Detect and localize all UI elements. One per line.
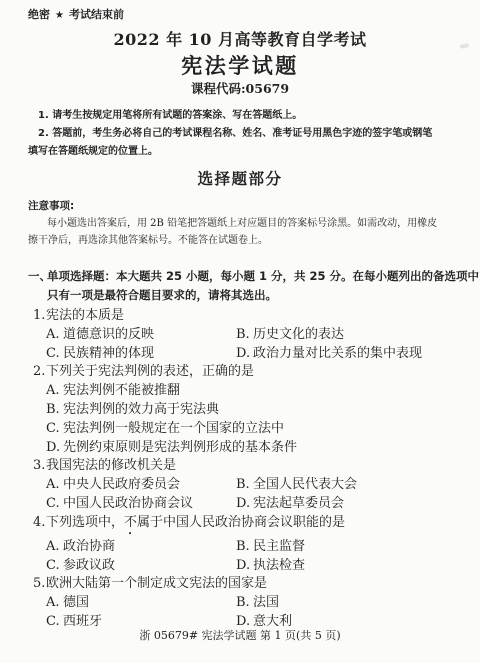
option-label: D. [236,345,253,364]
option-label: A. [46,326,63,345]
option-b: B.历史文化的表达 [236,326,480,345]
part1-heading-line1: 一、单项选择题：本大题共 25 小题，每小题 1 分，共 25 分。在每小题列出… [28,267,456,286]
notice-line-2: 擦干净后，再选涂其他答案标号。不能答在试题卷上。 [28,232,456,249]
option-text: 德国 [63,595,89,610]
option-a: A.宪法判例不能被推翻 [46,382,480,401]
options-grid: A.道德意识的反映 B.历史文化的表达 C.民族精神的体现 D.政治力量对比关系… [46,326,480,364]
question-text: 宪法的本质是 [46,308,124,323]
option-a: A.中央人民政府委员会 [46,476,236,495]
option-a: A.德国 [46,594,236,613]
option-d: D.执法检查 [236,557,480,576]
option-a: A.政治协商 [46,538,236,557]
question-line: 4.下列选项中，不属于中国人民政治协商会议职能的是 [33,514,480,538]
option-text: 道德意识的反映 [63,327,154,342]
option-label: A. [46,476,63,495]
instruction-item-2-continuation: 填写在答题纸规定的位置上。 [28,143,456,161]
option-d: D.宪法起草委员会 [236,495,480,514]
option-label: C. [46,345,63,364]
question-text-post: 属于中国人民政治协商会议职能的是 [137,515,345,530]
question-number: 2. [33,363,46,382]
section-title: 选择题部分 [0,169,480,189]
option-c: C.中国人民政治协商会议 [46,495,236,514]
part1-number: 一、 [28,267,47,286]
options-grid: A.中央人民政府委员会 B.全国人民代表大会 C.中国人民政治协商会议 D.宪法… [46,476,480,514]
question-line: 2.下列关于宪法判例的表述，正确的是 [33,363,480,382]
option-d: D.政治力量对比关系的集中表现 [236,345,480,364]
part1-heading: 一、单项选择题：本大题共 25 小题，每小题 1 分，共 25 分。在每小题列出… [28,267,456,305]
option-label: D. [236,557,253,576]
option-label: D. [236,495,253,514]
exam-stage-note: 考试结束前 [69,8,124,21]
question-4: 4.下列选项中，不属于中国人民政治协商会议职能的是 A.政治协商 B.民主监督 … [0,514,480,576]
question-text: 我国宪法的修改机关是 [46,458,176,473]
question-number: 5. [33,575,46,594]
option-label: B. [236,326,253,345]
option-label: C. [46,557,63,576]
option-text: 意大利 [253,614,292,629]
page-footer: 浙 05679# 宪法学试题 第 1 页(共 5 页) [0,629,480,643]
question-text: 下列选项中，不属于中国人民政治协商会议职能的是 [46,515,345,530]
question-number: 1. [33,307,46,326]
option-text: 民族精神的体现 [63,346,154,361]
option-text: 宪法判例不能被推翻 [63,383,180,398]
option-text: 宪法起草委员会 [253,496,344,511]
star-icon: ★ [55,10,64,21]
option-text: 中国人民政治协商会议 [63,496,193,511]
option-b: B.宪法判例的效力高于宪法典 [46,401,480,420]
question-text-pre: 下列选项中， [46,515,124,530]
option-c: C.民族精神的体现 [46,345,236,364]
question-line: 1.宪法的本质是 [33,307,480,326]
option-text: 政治协商 [63,539,115,554]
option-c: C.宪法判例一般规定在一个国家的立法中 [46,420,480,439]
option-text: 民主监督 [253,539,305,554]
option-label: A. [46,538,63,557]
option-label: B. [46,401,63,420]
option-label: B. [236,476,253,495]
option-text: 宪法判例的效力高于宪法典 [63,402,219,417]
option-label: B. [236,538,253,557]
question-text-emphasized: 不 [124,515,137,530]
option-text: 政治力量对比关系的集中表现 [253,346,422,361]
option-text: 执法检查 [253,558,305,573]
session-title: 2022 年 10 月高等教育自学考试 [0,29,480,51]
question-text: 下列关于宪法判例的表述，正确的是 [46,364,254,379]
instruction-item-2: 2. 答题前，考生务必将自己的考试课程名称、姓名、准考证号用黑色字迹的签字笔或钢… [28,125,456,143]
question-5: 5.欧洲大陆第一个制定成文宪法的国家是 A.德国 B.法国 C.西班牙 D.意大… [0,575,480,631]
paper-title: 宪法学试题 [0,53,480,79]
option-b: B.民主监督 [236,538,480,557]
option-text: 西班牙 [63,614,102,629]
option-label: D. [46,439,63,458]
option-label: C. [46,495,63,514]
option-text: 中央人民政府委员会 [63,477,180,492]
candidate-instructions: 1. 请考生按规定用笔将所有试题的答案涂、写在答题纸上。 2. 答题前，考生务必… [28,107,456,161]
question-3: 3.我国宪法的修改机关是 A.中央人民政府委员会 B.全国人民代表大会 C.中国… [0,457,480,513]
option-text: 参政议政 [63,558,115,573]
option-label: C. [46,420,63,439]
option-d: D.先例约束原则是宪法判例形成的基本条件 [46,439,480,458]
part1-heading-text: 单项选择题：本大题共 25 小题，每小题 1 分，共 25 分。在每小题列出的备… [47,269,479,283]
option-b: B.全国人民代表大会 [236,476,480,495]
option-text: 先例约束原则是宪法判例形成的基本条件 [63,440,297,455]
exam-paper-page: 绝密★考试结束前 2022 年 10 月高等教育自学考试 宪法学试题 课程代码:… [0,0,480,663]
option-text: 法国 [253,595,279,610]
option-label: A. [46,382,63,401]
course-code: 课程代码:05679 [0,81,480,97]
option-label: A. [46,594,63,613]
question-list: 1.宪法的本质是 A.道德意识的反映 B.历史文化的表达 C.民族精神的体现 D… [0,307,480,632]
notice-label: 注意事项: [28,197,456,215]
instruction-item-1: 1. 请考生按规定用笔将所有试题的答案涂、写在答题纸上。 [28,107,456,125]
notice-block: 注意事项: 每小题选出答案后，用 2B 铅笔把答题纸上对应题目的答案标号涂黑。如… [28,197,456,249]
options-grid: A.德国 B.法国 C.西班牙 D.意大利 [46,594,480,632]
question-line: 5.欧洲大陆第一个制定成文宪法的国家是 [33,575,480,594]
question-1: 1.宪法的本质是 A.道德意识的反映 B.历史文化的表达 C.民族精神的体现 D… [0,307,480,363]
question-line: 3.我国宪法的修改机关是 [33,457,480,476]
option-b: B.法国 [236,594,480,613]
classification-header: 绝密★考试结束前 [28,8,480,23]
notice-line-1: 每小题选出答案后，用 2B 铅笔把答题纸上对应题目的答案标号涂黑。如需改动，用橡… [28,215,456,232]
option-a: A.道德意识的反映 [46,326,236,345]
option-text: 宪法判例一般规定在一个国家的立法中 [63,421,284,436]
options-list: A.宪法判例不能被推翻 B.宪法判例的效力高于宪法典 C.宪法判例一般规定在一个… [46,382,480,457]
option-text: 历史文化的表达 [253,327,344,342]
question-number: 4. [33,514,46,533]
classification-label: 绝密 [28,8,50,21]
option-c: C.参政议政 [46,557,236,576]
part1-heading-line2: 只有一项是最符合题目要求的，请将其选出。 [28,286,456,305]
option-text: 全国人民代表大会 [253,477,357,492]
question-number: 3. [33,457,46,476]
question-text: 欧洲大陆第一个制定成文宪法的国家是 [46,576,267,591]
options-grid: A.政治协商 B.民主监督 C.参政议政 D.执法检查 [46,538,480,576]
question-2: 2.下列关于宪法判例的表述，正确的是 A.宪法判例不能被推翻 B.宪法判例的效力… [0,363,480,457]
option-label: B. [236,594,253,613]
